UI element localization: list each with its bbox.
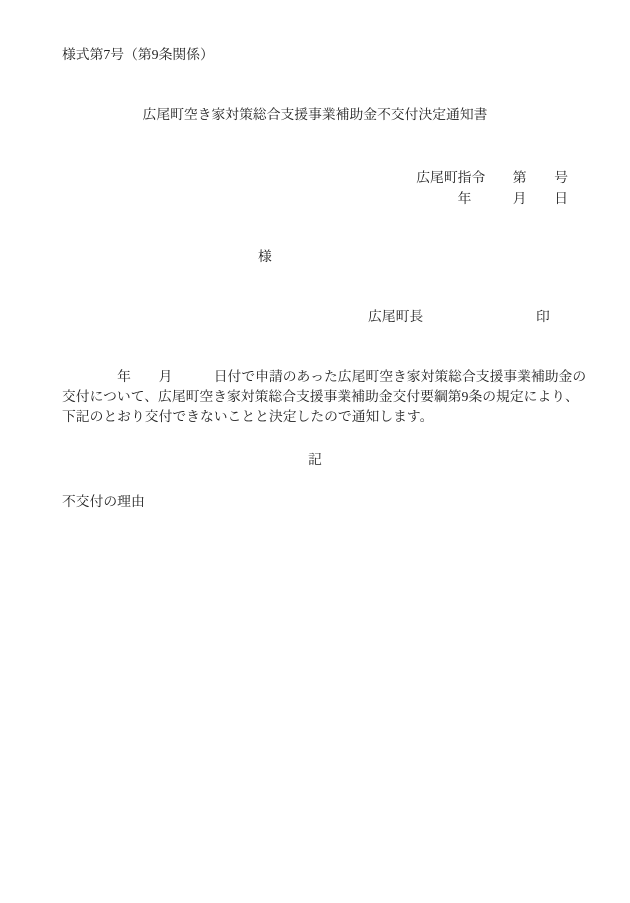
body-line-2: 交付について、広尾町空き家対策総合支援事業補助金交付要綱第9条の規定により、: [62, 387, 582, 407]
body-line-1: 年 月 日付で申請のあった広尾町空き家対策総合支援事業補助金の: [62, 367, 582, 387]
document-page: 様式第7号（第9条関係） 広尾町空き家対策総合支援事業補助金不交付決定通知書 広…: [0, 0, 630, 903]
form-number: 様式第7号（第9条関係）: [62, 45, 214, 65]
non-grant-reason-label: 不交付の理由: [62, 492, 145, 512]
body-line-3: 下記のとおり交付できないことと決定したので通知します。: [62, 407, 582, 427]
addressee-honorific: 様: [258, 247, 272, 267]
seal-mark: 印: [536, 307, 550, 327]
issue-date-line: 年 月 日: [458, 189, 568, 209]
directive-number-line: 広尾町指令 第 号: [416, 168, 568, 188]
document-title: 広尾町空き家対策総合支援事業補助金不交付決定通知書: [0, 105, 630, 125]
record-marker: 記: [0, 450, 630, 470]
issuer-title: 広尾町長: [368, 307, 423, 327]
body-paragraph: 年 月 日付で申請のあった広尾町空き家対策総合支援事業補助金の 交付について、広…: [62, 367, 582, 427]
